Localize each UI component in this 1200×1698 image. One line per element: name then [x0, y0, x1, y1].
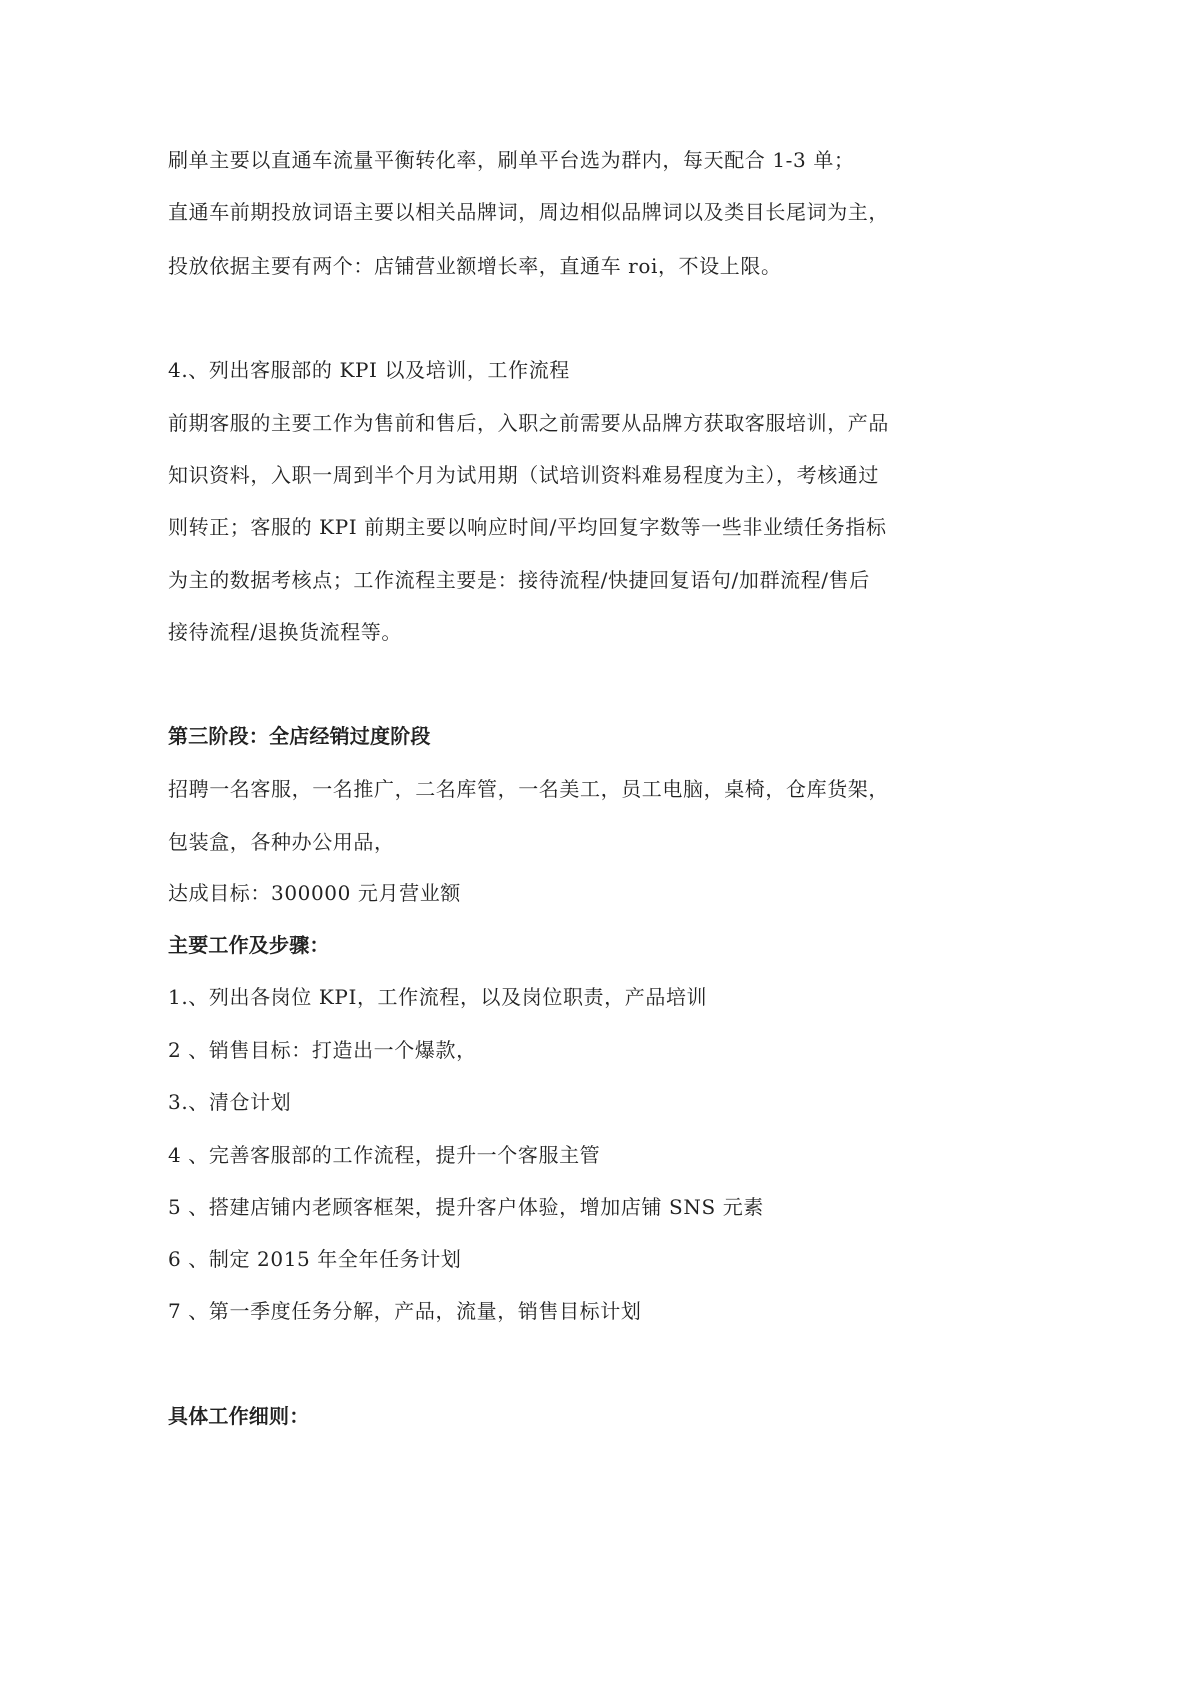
- section-heading: 4.、列出客服部的 KPI 以及培训，工作流程: [168, 356, 570, 384]
- step-item: 4 、完善客服部的工作流程，提升一个客服主管: [168, 1141, 600, 1169]
- target-line: 达成目标：300000 元月营业额: [168, 879, 461, 907]
- step-item: 6 、制定 2015 年全年任务计划: [168, 1245, 462, 1273]
- details-heading: 具体工作细则：: [168, 1402, 309, 1430]
- paragraph-line: 知识资料，入职一周到半个月为试用期（试培训资料难易程度为主），考核通过: [168, 461, 879, 489]
- paragraph-line: 为主的数据考核点；工作流程主要是：接待流程/快捷回复语句/加群流程/售后: [168, 566, 870, 594]
- paragraph-line: 投放依据主要有两个：店铺营业额增长率，直通车 roi，不设上限。: [168, 252, 782, 280]
- stage-heading: 第三阶段：全店经销过度阶段: [168, 722, 431, 750]
- step-item: 7 、第一季度任务分解，产品，流量，销售目标计划: [168, 1297, 641, 1325]
- paragraph-line: 招聘一名客服，一名推广，二名库管，一名美工，员工电脑，桌椅，仓库货架，: [168, 775, 889, 803]
- step-item: 2 、销售目标：打造出一个爆款，: [168, 1036, 477, 1064]
- step-item: 1.、列出各岗位 KPI，工作流程，以及岗位职责，产品培训: [168, 983, 707, 1011]
- paragraph-line: 则转正；客服的 KPI 前期主要以响应时间/平均回复字数等一些非业绩任务指标: [168, 513, 887, 541]
- paragraph-line: 直通车前期投放词语主要以相关品牌词，周边相似品牌词以及类目长尾词为主，: [168, 198, 889, 226]
- paragraph-line: 前期客服的主要工作为售前和售后，入职之前需要从品牌方获取客服培训，产品: [168, 409, 889, 437]
- paragraph-line: 接待流程/退换货流程等。: [168, 618, 402, 646]
- document-page: 刷单主要以直通车流量平衡转化率，刷单平台选为群内，每天配合 1-3 单； 直通车…: [0, 0, 1200, 1698]
- step-item: 3.、清仓计划: [168, 1088, 291, 1116]
- step-item: 5 、搭建店铺内老顾客框架，提升客户体验，增加店铺 SNS 元素: [168, 1193, 764, 1221]
- paragraph-line: 刷单主要以直通车流量平衡转化率，刷单平台选为群内，每天配合 1-3 单；: [168, 146, 855, 174]
- paragraph-line: 包装盒，各种办公用品，: [168, 828, 395, 856]
- steps-heading: 主要工作及步骤：: [168, 931, 330, 959]
